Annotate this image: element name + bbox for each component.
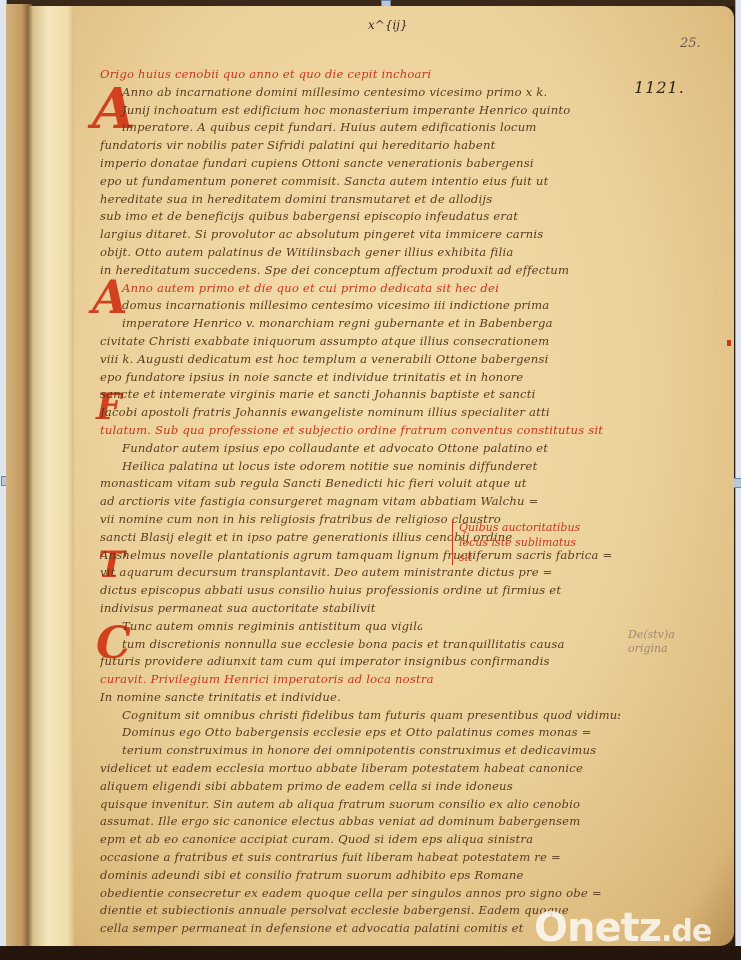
text-line: vit aquarum decursum transplantavit. Deo…: [100, 564, 620, 582]
watermark-logo: Onetz.de: [534, 905, 711, 951]
margin-year: 1121.: [634, 78, 685, 97]
text-line: obijt. Otto autem palatinus de Witilinsb…: [100, 244, 620, 262]
text-line: occasione a fratribus et suis contrarius…: [100, 849, 620, 867]
text-line: Tunc autem omnis regiminis antistitum qu…: [100, 618, 422, 636]
folio-number: 25.: [680, 36, 701, 51]
text-line: sancte et intemerate virginis marie et s…: [100, 386, 620, 404]
text-line: fundatoris vir nobilis pater Sifridi pal…: [100, 137, 620, 155]
text-line: sub imo et de beneficijs quibus babergen…: [100, 208, 620, 226]
text-line: assumat. Ille ergo sic canonice electus …: [100, 813, 620, 831]
manuscript-text: Origo huius cenobii quo anno et quo die …: [100, 66, 620, 938]
rubric-heading: Origo huius cenobii quo anno et quo die …: [100, 66, 620, 84]
rubric-heading: tulatum. Sub qua professione et subjecti…: [100, 422, 620, 440]
text-line: hereditate sua in hereditatem domini tra…: [100, 191, 620, 209]
text-line: monasticam vitam sub regula Sancti Bened…: [100, 475, 620, 493]
text-line: quisque invenitur. Sin autem ab aliqua f…: [100, 796, 620, 814]
text-line: epo ut fundamentum poneret commisit. San…: [100, 173, 620, 191]
folio-marker-top: x^{ij}: [368, 18, 408, 32]
text-line: obedientie consecretur ex eadem quoque c…: [100, 885, 620, 903]
text-line: ad arctioris vite fastigia consurgeret m…: [100, 493, 620, 511]
text-line: viii k. Augusti dedicatum est hoc templu…: [100, 351, 620, 369]
side-rubric: Quibus auctoritatibus locus iste sublima…: [452, 520, 580, 565]
text-line: In nomine sancte trinitatis et individue…: [100, 689, 620, 707]
rubric-heading: Anno autem primo et die quo et cui primo…: [100, 280, 620, 298]
text-line: videlicet ut eadem ecclesia mortuo abbat…: [100, 760, 620, 778]
text-line: in hereditatum succedens. Spe dei concep…: [100, 262, 620, 280]
text-line: dictus episcopus abbati usus consilio hu…: [100, 582, 620, 600]
text-line: largius ditaret. Si provolutor ac absolu…: [100, 226, 620, 244]
margin-red-mark: [727, 340, 731, 346]
text-line: indivisus permaneat sua auctoritate stab…: [100, 600, 420, 618]
text-line: epm et ab eo canonice accipiat curam. Qu…: [100, 831, 620, 849]
text-line: dominis adeundi sibi et consilio fratrum…: [100, 867, 620, 885]
text-line: Fundator autem ipsius epo collaudante et…: [100, 440, 620, 458]
text-line: Heilica palatina ut locus iste odorem no…: [100, 458, 620, 476]
resize-handle-right[interactable]: [733, 478, 741, 488]
text-line: Anno ab incarnatione domini millesimo ce…: [100, 84, 620, 102]
gutter-strip: [28, 6, 78, 946]
text-line: futuris providere adiunxit tam cum qui i…: [100, 653, 620, 671]
text-line: Junij inchoatum est edificium hoc monast…: [100, 102, 620, 120]
margin-pencil-note: De(stv)a origina: [628, 628, 675, 656]
text-line: domus incarnationis millesimo centesimo …: [100, 297, 620, 315]
text-line: civitate Christi exabbate iniquorum assu…: [100, 333, 620, 351]
text-line: tum discretionis nonnulla sue ecclesie b…: [100, 636, 620, 654]
text-line: terium construximus in honore dei omnipo…: [100, 742, 620, 760]
text-line: imperio donatae fundari cupiens Ottoni s…: [100, 155, 620, 173]
rubric-heading: curavit. Privilegium Henrici imperatoris…: [100, 671, 620, 689]
text-line: Dominus ego Otto babergensis ecclesie ep…: [100, 724, 620, 742]
text-line: imperatore Henrico v. monarchiam regni g…: [100, 315, 620, 333]
text-line: aliquem eligendi sibi abbatem primo de e…: [100, 778, 620, 796]
text-line: epo fundatore ipsius in noie sancte et i…: [100, 369, 620, 387]
text-line: Cognitum sit omnibus christi fidelibus t…: [100, 707, 620, 725]
text-line: imperatore. A quibus cepit fundari. Huiu…: [100, 119, 620, 137]
text-line: Jacobi apostoli fratris Johannis ewangel…: [100, 404, 620, 422]
